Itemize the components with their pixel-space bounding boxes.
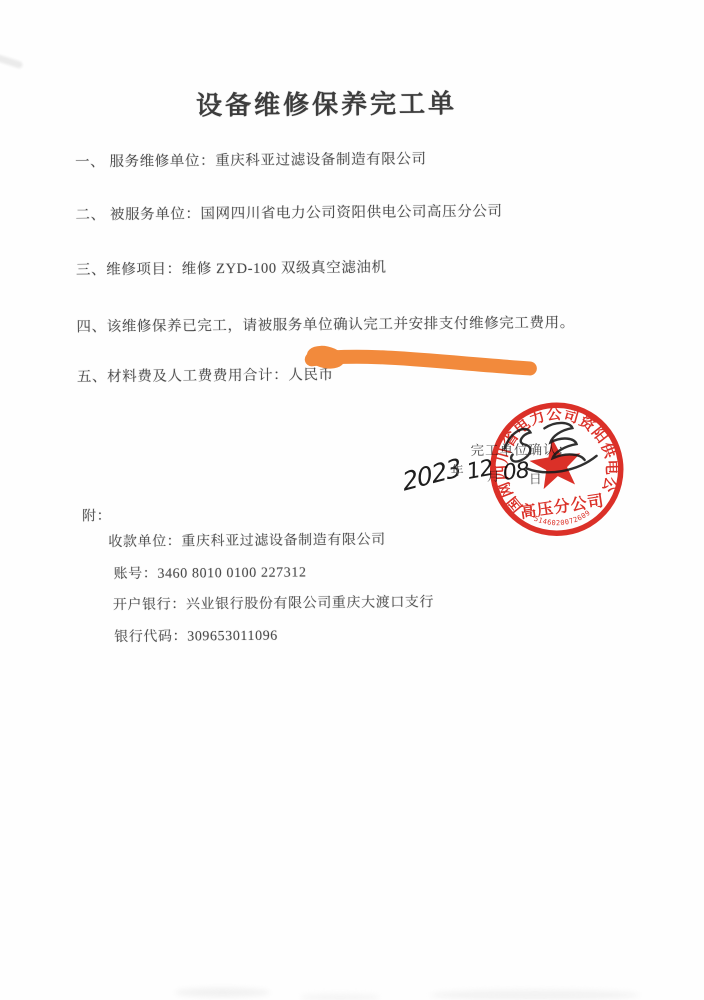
form-item-3: 三、维修项目：维修 ZYD-100 双级真空滤油机 (76, 256, 387, 280)
handwritten-signature (496, 410, 615, 483)
form-item-5: 五、材料费及人工费费用合计：人民币 (77, 363, 334, 386)
form-item-1: 一、 服务维修单位：重庆科亚过滤设备制造有限公司 (75, 147, 427, 171)
seal-center-text: 高压分公司 (519, 491, 606, 522)
redaction-stroke (312, 355, 530, 370)
document-title: 设备维修保养完工单 (156, 83, 496, 123)
scan-artifact-smudge (300, 994, 380, 1000)
account-line: 账号：3460 8010 0100 227312 (114, 561, 307, 583)
form-item-4: 四、该维修保养已完工，请被服务单位确认完工并安排支付维修完工费用。 (76, 311, 574, 336)
scan-artifact-smudge (430, 990, 640, 1000)
scan-artifact-smudge (175, 988, 270, 997)
bank-line: 开户银行：兴业银行股份有限公司重庆大渡口支行 (113, 591, 434, 614)
attachment-label: 附： (82, 505, 111, 525)
scanned-page: 设备维修保养完工单 一、 服务维修单位：重庆科亚过滤设备制造有限公司 二、 被服… (0, 0, 704, 1000)
form-item-2: 二、 被服务单位：国网四川省电力公司资阳供电公司高压分公司 (75, 200, 502, 225)
document-content: 设备维修保养完工单 一、 服务维修单位：重庆科亚过滤设备制造有限公司 二、 被服… (0, 0, 704, 1000)
bank-code-line: 银行代码：309653011096 (114, 625, 278, 646)
payee-line: 收款单位：重庆科亚过滤设备制造有限公司 (108, 529, 386, 551)
